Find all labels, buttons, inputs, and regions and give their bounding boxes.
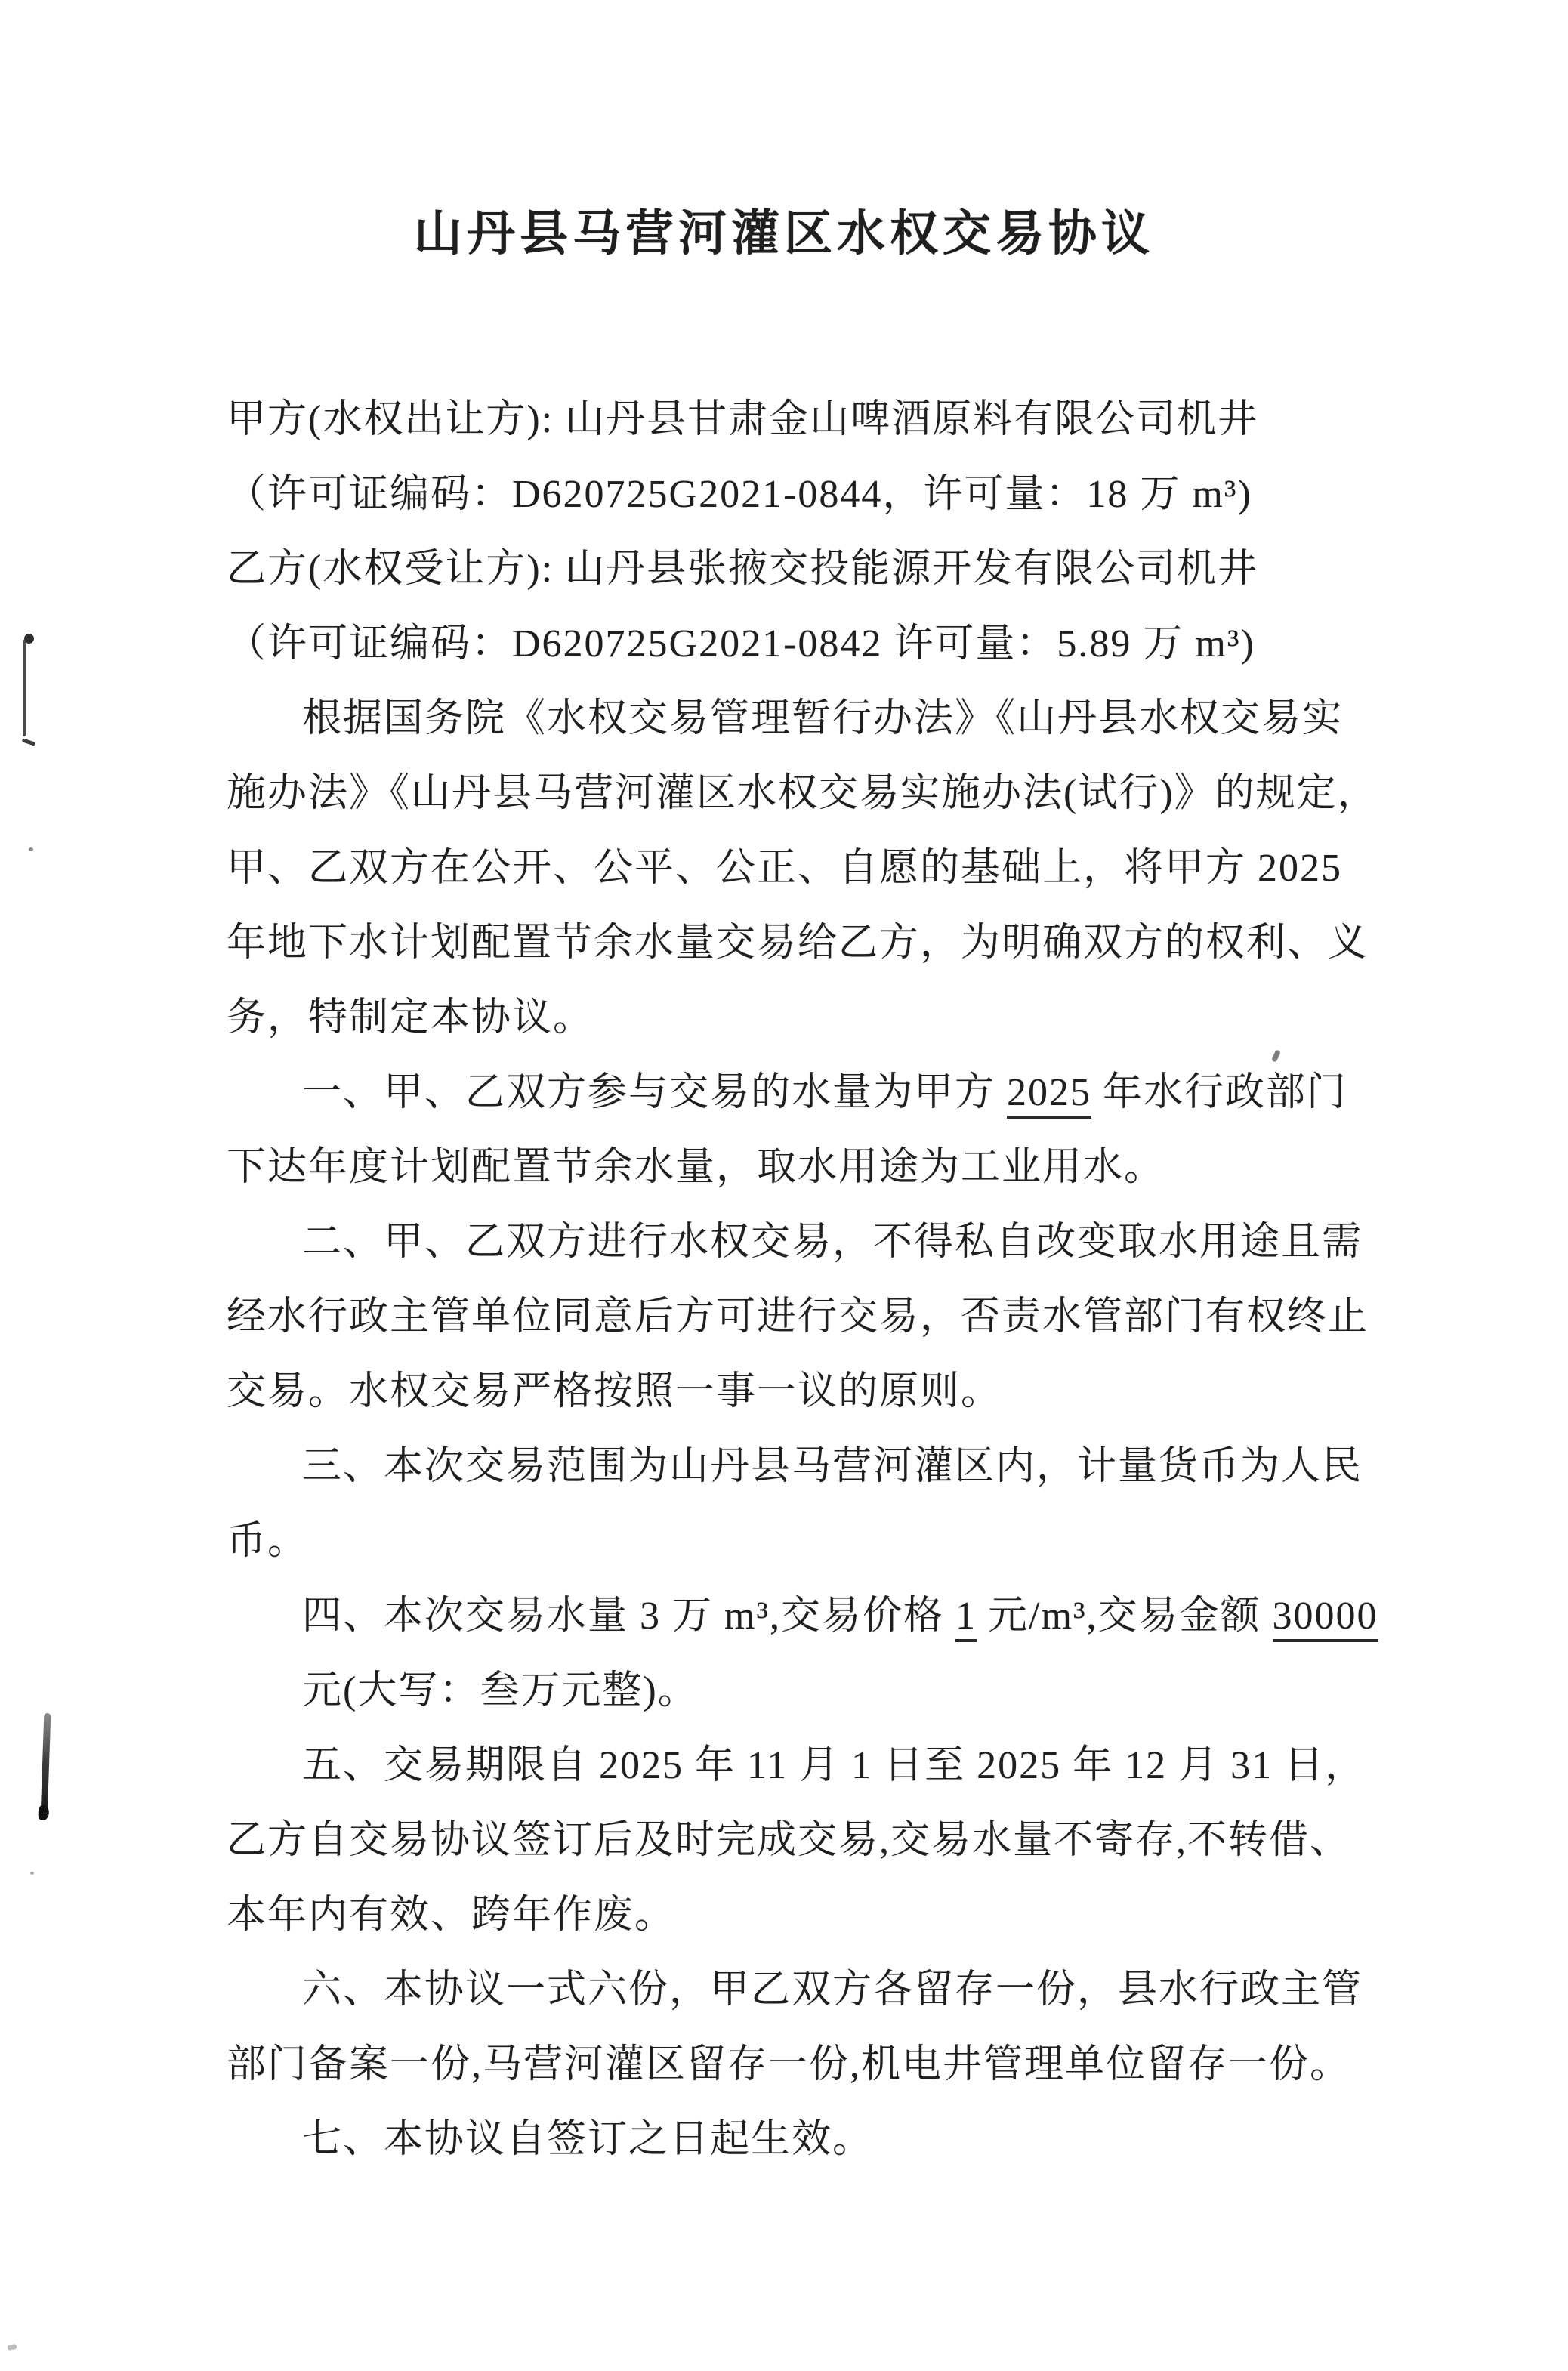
text-segment: 甲方(水权出让方): 山丹县甘肃金山啤酒原料有限公司机井 bbox=[227, 398, 1258, 441]
scanned-page: 山丹县马营河灌区水权交易协议 甲方(水权出让方): 山丹县甘肃金山啤酒原料有限公… bbox=[0, 0, 1568, 2371]
text-segment: 元/m³,交易金额 bbox=[977, 1595, 1273, 1638]
document-line: （许可证编码：D620725G2021-0842 许可量：5.89 万 m³) bbox=[227, 607, 1360, 681]
document-line: 币。 bbox=[227, 1504, 1360, 1579]
underlined-value: 30000 bbox=[1273, 1595, 1378, 1642]
text-segment: 甲、乙双方在公开、公平、公正、自愿的基础上，将甲方 2025 bbox=[227, 847, 1342, 890]
scan-speck bbox=[7, 2344, 17, 2351]
text-segment: 部门备案一份,马营河灌区留存一份,机电井管理单位留存一份。 bbox=[227, 2043, 1350, 2086]
scan-mark-foot bbox=[22, 738, 36, 746]
scan-speck bbox=[30, 1872, 34, 1875]
text-segment: 下达年度计划配置节余水量，取水用途为工业用水。 bbox=[227, 1146, 1165, 1189]
text-segment: 二、甲、乙双方进行水权交易，不得私自改变取水用途且需 bbox=[302, 1221, 1363, 1264]
underlined-value: 1 bbox=[955, 1595, 977, 1642]
document-line: 四、本次交易水量 3 万 m³,交易价格 1 元/m³,交易金额 30000 bbox=[227, 1579, 1360, 1653]
text-segment: 务，特制定本协议。 bbox=[227, 996, 594, 1039]
text-segment: 五、交易期限自 2025 年 11 月 1 日至 2025 年 12 月 31 … bbox=[302, 1744, 1366, 1787]
scan-mark-bar bbox=[23, 640, 26, 736]
scan-binding-stroke-mark bbox=[41, 1713, 51, 1817]
document-line: 下达年度计划配置节余水量，取水用途为工业用水。 bbox=[227, 1130, 1360, 1205]
text-segment: （许可证编码：D620725G2021-0842 许可量：5.89 万 m³) bbox=[227, 622, 1255, 665]
text-segment: 经水行政主管单位同意后方可进行交易，否责水管部门有权终止 bbox=[227, 1295, 1369, 1338]
text-segment: 三、本次交易范围为山丹县马营河灌区内，计量货币为人民 bbox=[302, 1445, 1363, 1488]
text-segment: 乙方自交易协议签订后及时完成交易,交易水量不寄存,不转借、 bbox=[227, 1819, 1350, 1862]
text-segment: 交易。水权交易严格按照一事一议的原则。 bbox=[227, 1370, 1002, 1413]
document-line: 务，特制定本协议。 bbox=[227, 980, 1360, 1055]
document-line: 七、本协议自签订之日起生效。 bbox=[227, 2102, 1360, 2177]
text-segment: （许可证编码：D620725G2021-0844，许可量：18 万 m³) bbox=[227, 473, 1252, 516]
text-segment: 四、本次交易水量 3 万 m³,交易价格 bbox=[302, 1595, 955, 1638]
text-segment: 根据国务院《水权交易管理暂行办法》《山丹县水权交易实 bbox=[302, 697, 1343, 740]
underlined-value: 2025 bbox=[1007, 1071, 1091, 1119]
document-line: 经水行政主管单位同意后方可进行交易，否责水管部门有权终止 bbox=[227, 1280, 1360, 1354]
document-line: 五、交易期限自 2025 年 11 月 1 日至 2025 年 12 月 31 … bbox=[227, 1728, 1360, 1803]
page-title: 山丹县马营河灌区水权交易协议 bbox=[0, 202, 1568, 266]
document-line: 元(大写：叁万元整)。 bbox=[227, 1653, 1360, 1728]
text-segment: 施办法》《山丹县马营河灌区水权交易实施办法(试行)》的规定， bbox=[227, 772, 1378, 815]
document-line: 二、甲、乙双方进行水权交易，不得私自改变取水用途且需 bbox=[227, 1205, 1360, 1280]
scan-speck bbox=[29, 847, 33, 851]
text-segment: 年地下水计划配置节余水量交易给乙方，为明确双方的权利、义 bbox=[227, 922, 1369, 965]
document-body: 甲方(水权出让方): 山丹县甘肃金山啤酒原料有限公司机井（许可证编码：D6207… bbox=[227, 382, 1360, 2177]
document-line: 乙方自交易协议签订后及时完成交易,交易水量不寄存,不转借、 bbox=[227, 1803, 1360, 1878]
text-segment: 币。 bbox=[227, 1520, 308, 1563]
document-line: 交易。水权交易严格按照一事一议的原则。 bbox=[227, 1354, 1360, 1429]
document-line: 三、本次交易范围为山丹县马营河灌区内，计量货币为人民 bbox=[227, 1429, 1360, 1504]
document-line: 乙方(水权受让方): 山丹县张掖交投能源开发有限公司机井 bbox=[227, 532, 1360, 607]
text-segment: 六、本协议一式六份，甲乙双方各留存一份，县水行政主管 bbox=[302, 1968, 1363, 2011]
text-segment: 元(大写：叁万元整)。 bbox=[302, 1669, 699, 1712]
document-line: 部门备案一份,马营河灌区留存一份,机电井管理单位留存一份。 bbox=[227, 2027, 1360, 2102]
text-segment: 一、甲、乙双方参与交易的水量为甲方 bbox=[302, 1071, 1007, 1114]
text-segment: 本年内有效、跨年作废。 bbox=[227, 1894, 675, 1937]
document-line: 一、甲、乙双方参与交易的水量为甲方 2025 年水行政部门 bbox=[227, 1055, 1360, 1130]
text-segment: 乙方(水权受让方): 山丹县张掖交投能源开发有限公司机井 bbox=[227, 548, 1258, 591]
document-line: （许可证编码：D620725G2021-0844，许可量：18 万 m³) bbox=[227, 457, 1360, 532]
document-line: 根据国务院《水权交易管理暂行办法》《山丹县水权交易实 bbox=[227, 681, 1360, 756]
text-segment: 七、本协议自签订之日起生效。 bbox=[302, 2118, 873, 2161]
document-line: 年地下水计划配置节余水量交易给乙方，为明确双方的权利、义 bbox=[227, 906, 1360, 980]
document-line: 六、本协议一式六份，甲乙双方各留存一份，县水行政主管 bbox=[227, 1953, 1360, 2027]
document-line: 甲、乙双方在公开、公平、公正、自愿的基础上，将甲方 2025 bbox=[227, 831, 1360, 906]
document-line: 本年内有效、跨年作废。 bbox=[227, 1878, 1360, 1953]
text-segment: 年水行政部门 bbox=[1091, 1071, 1347, 1114]
document-line: 甲方(水权出让方): 山丹县甘肃金山啤酒原料有限公司机井 bbox=[227, 382, 1360, 457]
scan-binding-bracket-mark bbox=[23, 638, 33, 738]
document-line: 施办法》《山丹县马营河灌区水权交易实施办法(试行)》的规定， bbox=[227, 756, 1360, 831]
